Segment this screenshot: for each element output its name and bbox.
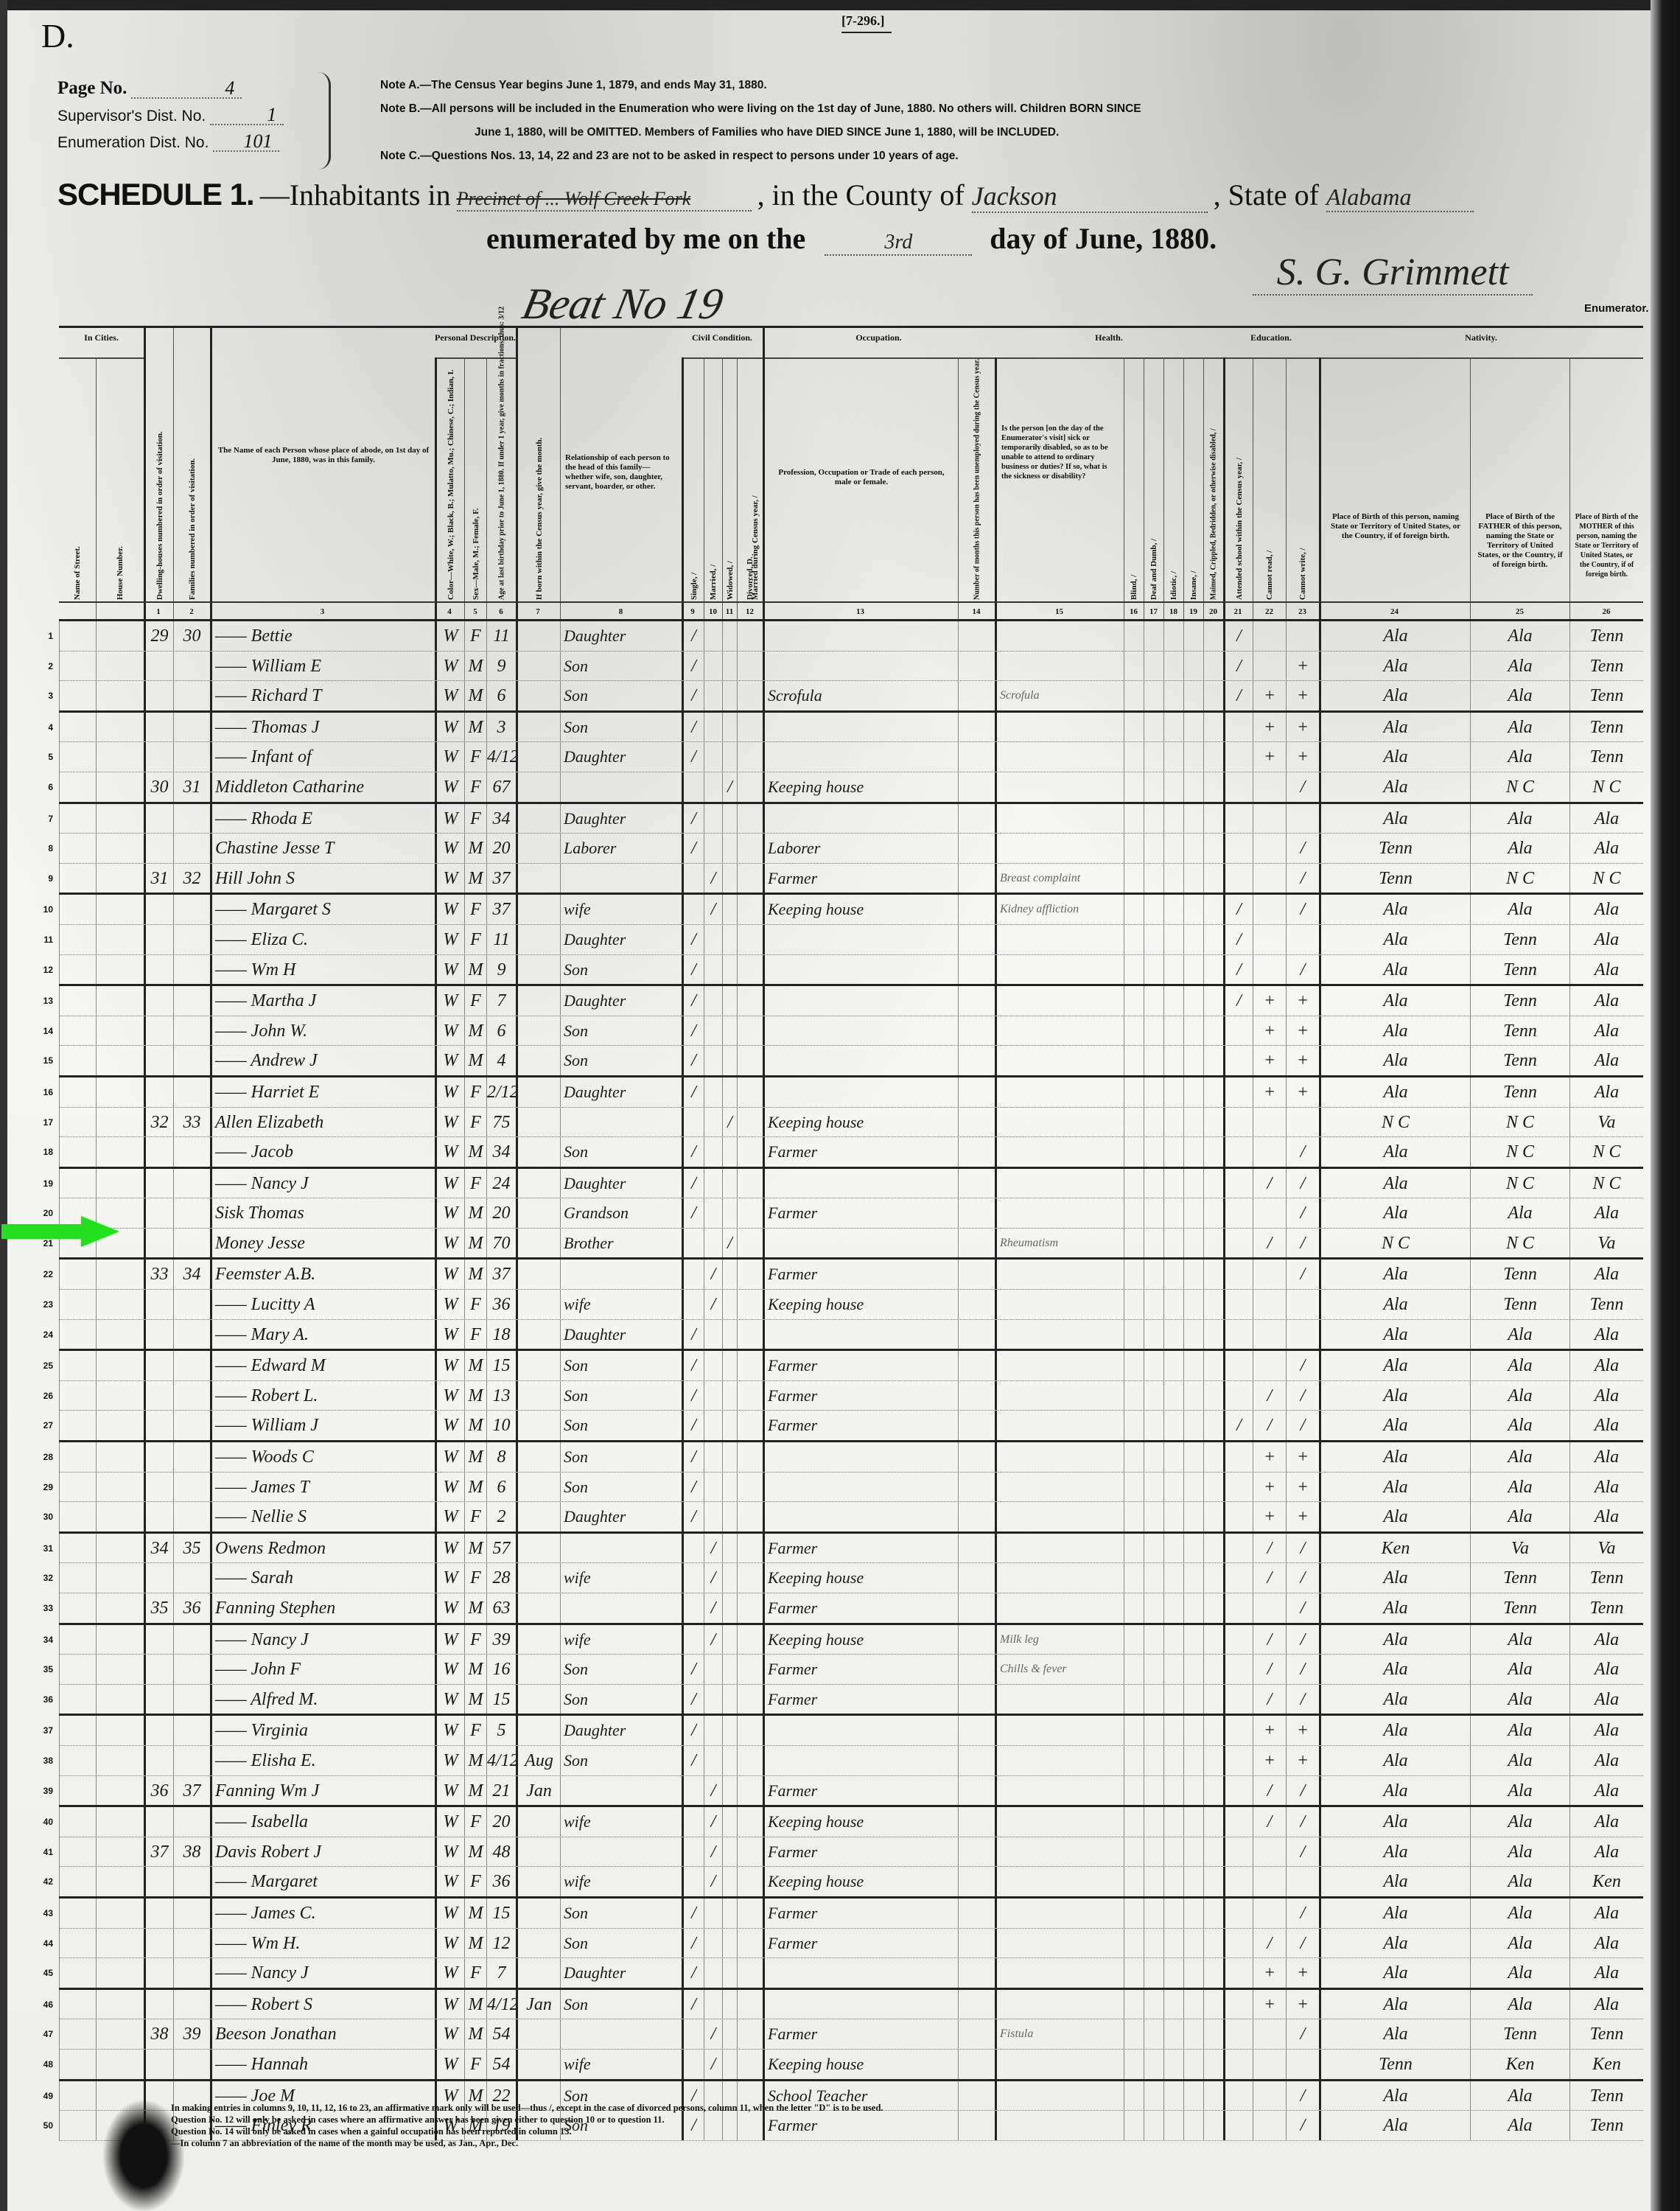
cell-fbp: Ala <box>1470 1807 1569 1837</box>
cell-h19 <box>1183 986 1203 1016</box>
footer-note-2: Question No. 12 will only be asked in ca… <box>171 2114 883 2126</box>
cell-unemp <box>958 1290 995 1319</box>
cell-sick <box>995 1351 1124 1380</box>
cell-write: / <box>1286 1837 1319 1867</box>
table-row: 35—— John FWM16Son/FarmerChills & fever/… <box>59 1655 1643 1685</box>
cell-h16 <box>1124 1837 1144 1867</box>
line-number: 48 <box>31 2050 53 2079</box>
cell-school <box>1223 1290 1253 1319</box>
cell-married <box>704 1137 722 1167</box>
cell-rel: Daughter <box>560 804 682 834</box>
cell-h18 <box>1163 1990 1183 2019</box>
cell-dw <box>144 834 173 863</box>
cell-rel: Son <box>560 1746 682 1775</box>
table-row: 393637Fanning Wm JWM21Jan/Farmer//AlaAla… <box>59 1776 1643 1808</box>
cell-h17 <box>1144 834 1163 863</box>
cell-month <box>516 772 560 802</box>
cell-h16 <box>1124 1046 1144 1075</box>
cell-color: W <box>435 895 464 924</box>
cell-color: W <box>435 1534 464 1563</box>
cell-married: / <box>704 1534 722 1563</box>
cell-married <box>704 1108 722 1137</box>
cell-h17 <box>1144 1442 1163 1472</box>
cell-h16 <box>1124 1381 1144 1411</box>
cell-dw <box>144 1502 173 1531</box>
cell-widowed <box>722 1990 737 2019</box>
cell-unemp <box>958 652 995 681</box>
cell-h17 <box>1144 986 1163 1016</box>
cell-bp: Ala <box>1319 681 1470 710</box>
cell-rel <box>560 1108 682 1137</box>
enumeration-value: 101 <box>213 133 279 152</box>
cell-age: 16 <box>486 1655 516 1684</box>
cell-name: Money Jesse <box>210 1229 435 1258</box>
cell-h19 <box>1183 1016 1203 1046</box>
cell-read: + <box>1253 1746 1286 1775</box>
cell-write: / <box>1286 772 1319 802</box>
place-struck: Precinct of ... Wolf Creek Fork <box>457 188 752 212</box>
cell-house <box>96 621 144 651</box>
cell-read <box>1253 2081 1286 2111</box>
cell-sick <box>995 1442 1124 1472</box>
header-months-unemployed: Number of months this person has been un… <box>958 357 995 619</box>
line-number: 36 <box>31 1685 53 1714</box>
cell-color: W <box>435 1320 464 1349</box>
line-number: 22 <box>31 1260 53 1289</box>
cell-fbp: N C <box>1470 1137 1569 1167</box>
cell-fam <box>173 1563 210 1593</box>
cell-house <box>96 1169 144 1198</box>
cell-write: + <box>1286 1016 1319 1046</box>
cell-fam: 30 <box>173 621 210 651</box>
cell-divorced <box>737 1411 763 1440</box>
cell-rel <box>560 2019 682 2049</box>
cell-age: 15 <box>486 1351 516 1380</box>
cell-write: / <box>1286 1351 1319 1380</box>
cell-widowed <box>722 1198 737 1228</box>
cell-h20 <box>1203 1990 1223 2019</box>
cell-sex: F <box>464 1502 486 1531</box>
cell-school <box>1223 1746 1253 1775</box>
cell-color: W <box>435 1351 464 1380</box>
cell-fbp: Tenn <box>1470 1077 1569 1107</box>
cell-h17 <box>1144 1473 1163 1502</box>
cell-occ: Farmer <box>763 1381 958 1411</box>
cell-age: 2/12 <box>486 1077 516 1107</box>
cell-read: / <box>1253 1807 1286 1837</box>
cell-h16 <box>1124 1563 1144 1593</box>
cell-divorced <box>737 1837 763 1867</box>
cell-married: / <box>704 864 722 893</box>
cell-h18 <box>1163 1198 1183 1228</box>
cell-street <box>59 1990 96 2019</box>
cell-fam: 32 <box>173 864 210 893</box>
cell-single: / <box>682 652 704 681</box>
cell-fbp: Tenn <box>1470 925 1569 954</box>
cell-mbp: Va <box>1569 1108 1643 1137</box>
cell-single: / <box>682 1685 704 1714</box>
table-row: 473839Beeson JonathanWM54/FarmerFistula/… <box>59 2019 1643 2050</box>
cell-h17 <box>1144 1137 1163 1167</box>
cell-bp: Ala <box>1319 713 1470 742</box>
footer-note-4: —In column 7 an abbreviation of the name… <box>171 2137 883 2149</box>
cell-bp: Ala <box>1319 1990 1470 2019</box>
cell-color: W <box>435 1169 464 1198</box>
cell-write: + <box>1286 1746 1319 1775</box>
footer-note-3: Question No. 14 will only be asked in ca… <box>171 2126 883 2137</box>
cell-married: / <box>704 1837 722 1867</box>
cell-single: / <box>682 1077 704 1107</box>
cell-h19 <box>1183 1929 1203 1958</box>
cell-h16 <box>1124 1867 1144 1896</box>
line-number: 17 <box>31 1108 53 1137</box>
cell-divorced <box>737 1593 763 1623</box>
cell-month <box>516 1077 560 1107</box>
cell-h18 <box>1163 1807 1183 1837</box>
cell-name: Beeson Jonathan <box>210 2019 435 2049</box>
cell-school <box>1223 804 1253 834</box>
cell-fam <box>173 1958 210 1988</box>
cell-widowed <box>722 955 737 985</box>
cell-house <box>96 895 144 924</box>
cell-street <box>59 1260 96 1289</box>
cell-rel: Laborer <box>560 834 682 863</box>
cell-h18 <box>1163 2111 1183 2140</box>
cell-unemp <box>958 1108 995 1137</box>
cell-unemp <box>958 1502 995 1531</box>
cell-rel: Son <box>560 1990 682 2019</box>
cell-occ <box>763 1958 958 1988</box>
cell-sick <box>995 1411 1124 1440</box>
cell-color: W <box>435 1137 464 1167</box>
cell-h16 <box>1124 1108 1144 1137</box>
cell-write: / <box>1286 1776 1319 1806</box>
cell-unemp <box>958 1473 995 1502</box>
cell-age: 9 <box>486 955 516 985</box>
cell-h16 <box>1124 1746 1144 1775</box>
cell-rel: wife <box>560 2050 682 2079</box>
cell-color: W <box>435 1746 464 1775</box>
cell-color: W <box>435 681 464 710</box>
cell-age: 10 <box>486 1411 516 1440</box>
cell-h20 <box>1203 1473 1223 1502</box>
cell-unemp <box>958 1685 995 1714</box>
cell-mbp: Tenn <box>1569 652 1643 681</box>
cell-dw <box>144 1746 173 1775</box>
cell-single <box>682 1593 704 1623</box>
table-row: 413738Davis Robert JWM48/Farmer/AlaAlaAl… <box>59 1837 1643 1868</box>
cell-rel <box>560 1534 682 1563</box>
cell-color: W <box>435 1198 464 1228</box>
cell-married <box>704 681 722 710</box>
cell-mbp: Va <box>1569 1229 1643 1258</box>
cell-street <box>59 1502 96 1531</box>
cell-widowed <box>722 2050 737 2079</box>
table-row: 21Money JesseWM70Brother/Rheumatism//N C… <box>59 1229 1643 1260</box>
cell-sex: M <box>464 1016 486 1046</box>
cell-h17 <box>1144 742 1163 772</box>
cell-sex: M <box>464 1381 486 1411</box>
cell-married <box>704 1502 722 1531</box>
cell-married <box>704 1411 722 1440</box>
cell-write: + <box>1286 1442 1319 1472</box>
cell-read <box>1253 955 1286 985</box>
cell-bp: Ala <box>1319 1625 1470 1655</box>
cell-month <box>516 1473 560 1502</box>
cell-fam <box>173 1351 210 1380</box>
cell-married <box>704 1899 722 1928</box>
cell-rel: Daughter <box>560 1077 682 1107</box>
cell-month: Aug <box>516 1746 560 1775</box>
cell-mbp: Ala <box>1569 1260 1643 1289</box>
table-row: 19—— Nancy JWF24Daughter///AlaN CN C <box>59 1169 1643 1199</box>
cell-single <box>682 1776 704 1806</box>
cell-rel: wife <box>560 1563 682 1593</box>
cell-h18 <box>1163 772 1183 802</box>
line-number: 11 <box>31 925 53 954</box>
cell-single <box>682 1108 704 1137</box>
cell-rel: Son <box>560 1929 682 1958</box>
cell-sex: M <box>464 1534 486 1563</box>
table-row: 45—— Nancy JWF7Daughter/++AlaAlaAla <box>59 1958 1643 1990</box>
cell-h18 <box>1163 742 1183 772</box>
cell-dw <box>144 742 173 772</box>
header-color: Color—White, W.; Black, B.; Mulatto, Mu.… <box>435 357 464 619</box>
cell-write: + <box>1286 1990 1319 2019</box>
cell-fam <box>173 1625 210 1655</box>
cell-divorced <box>737 1929 763 1958</box>
cell-mbp: Ala <box>1569 955 1643 985</box>
cell-bp: Ala <box>1319 1685 1470 1714</box>
cell-bp: Ala <box>1319 1260 1470 1289</box>
cell-sick <box>995 1776 1124 1806</box>
cell-sick <box>995 955 1124 985</box>
cell-color: W <box>435 1381 464 1411</box>
cell-age: 5 <box>486 1716 516 1745</box>
cell-divorced <box>737 834 763 863</box>
cell-occ: Farmer <box>763 1198 958 1228</box>
cell-married <box>704 1351 722 1380</box>
cell-h19 <box>1183 2019 1203 2049</box>
cell-house <box>96 955 144 985</box>
cell-school <box>1223 1351 1253 1380</box>
cell-single: / <box>682 1016 704 1046</box>
cell-write: / <box>1286 2019 1319 2049</box>
cell-write: / <box>1286 895 1319 924</box>
cell-married <box>704 1320 722 1349</box>
cell-dw <box>144 1442 173 1472</box>
cell-bp: Ala <box>1319 621 1470 651</box>
cell-age: 20 <box>486 1807 516 1837</box>
cell-rel <box>560 1593 682 1623</box>
cell-age: 20 <box>486 834 516 863</box>
cell-bp: Ala <box>1319 1381 1470 1411</box>
table-row: 7—— Rhoda EWF34Daughter/AlaAlaAla <box>59 804 1643 834</box>
table-header: In Cities. Name of Street. House Number.… <box>59 326 1643 621</box>
cell-divorced <box>737 1198 763 1228</box>
cell-married: / <box>704 2019 722 2049</box>
cell-read <box>1253 2019 1286 2049</box>
cell-school <box>1223 2019 1253 2049</box>
inhabitants-label: —Inhabitants in <box>260 178 451 212</box>
cell-name: —— Lucitty A <box>210 1290 435 1319</box>
table-row: 46—— Robert SWM4/12JanSon/++AlaAlaAla <box>59 1990 1643 2020</box>
cell-name: Sisk Thomas <box>210 1198 435 1228</box>
cell-h20 <box>1203 713 1223 742</box>
cell-single: / <box>682 1473 704 1502</box>
header-deaf: Deaf and Dumb, / <box>1144 357 1163 619</box>
cell-dw <box>144 1290 173 1319</box>
cell-dw <box>144 986 173 1016</box>
cell-fbp: Ala <box>1470 1990 1569 2019</box>
cell-color: W <box>435 1442 464 1472</box>
cell-single <box>682 772 704 802</box>
cell-married <box>704 834 722 863</box>
cell-sick <box>995 1198 1124 1228</box>
cell-fam <box>173 1685 210 1714</box>
cell-h18 <box>1163 1108 1183 1137</box>
cell-divorced <box>737 895 763 924</box>
cell-h19 <box>1183 1046 1203 1075</box>
cell-h16 <box>1124 2050 1144 2079</box>
cell-school <box>1223 1716 1253 1745</box>
header-name: The Name of each Person whose place of a… <box>210 328 435 619</box>
cell-h17 <box>1144 864 1163 893</box>
cell-widowed <box>722 621 737 651</box>
cell-school <box>1223 742 1253 772</box>
cell-read <box>1253 772 1286 802</box>
cell-married <box>704 955 722 985</box>
header-mother-birth: Place of Birth of the MOTHER of this per… <box>1569 357 1643 619</box>
cell-h20 <box>1203 652 1223 681</box>
cell-month <box>516 1502 560 1531</box>
cell-write: + <box>1286 681 1319 710</box>
cell-divorced <box>737 1290 763 1319</box>
cell-widowed <box>722 1473 737 1502</box>
cell-age: 2 <box>486 1502 516 1531</box>
cell-fbp: Ala <box>1470 681 1569 710</box>
cell-h19 <box>1183 2081 1203 2111</box>
cell-unemp <box>958 925 995 954</box>
cell-h18 <box>1163 1381 1183 1411</box>
cell-fbp: Tenn <box>1470 1593 1569 1623</box>
cell-sick <box>995 1685 1124 1714</box>
cell-h17 <box>1144 1655 1163 1684</box>
cell-school <box>1223 1685 1253 1714</box>
cell-widowed <box>722 1807 737 1837</box>
cell-age: 36 <box>486 1867 516 1896</box>
cell-street <box>59 2050 96 2079</box>
line-number: 23 <box>31 1290 53 1319</box>
cell-h17 <box>1144 2111 1163 2140</box>
cell-married <box>704 804 722 834</box>
line-number: 34 <box>31 1625 53 1655</box>
cell-sick <box>995 804 1124 834</box>
cell-month <box>516 1351 560 1380</box>
cell-age: 13 <box>486 1381 516 1411</box>
cell-mbp: Ala <box>1569 1473 1643 1502</box>
table-row: 29—— James TWM6Son/++AlaAlaAla <box>59 1473 1643 1503</box>
cell-occ <box>763 1716 958 1745</box>
cell-married <box>704 1958 722 1988</box>
cell-dw <box>144 1229 173 1258</box>
line-number: 4 <box>31 713 53 742</box>
cell-married: / <box>704 2050 722 2079</box>
cell-fam: 33 <box>173 1108 210 1137</box>
cell-sex: M <box>464 1899 486 1928</box>
cell-divorced <box>737 1108 763 1137</box>
cell-write: + <box>1286 986 1319 1016</box>
cell-month <box>516 1534 560 1563</box>
table-row: 26—— Robert L.WM13Son/Farmer//AlaAlaAla <box>59 1381 1643 1411</box>
cell-h19 <box>1183 864 1203 893</box>
cell-fam <box>173 925 210 954</box>
cell-widowed <box>722 681 737 710</box>
census-page: D. [7-296.] Page No.4 Supervisor's Dist.… <box>0 0 1680 2211</box>
table-row: 93132Hill John SWM37/FarmerBreast compla… <box>59 864 1643 895</box>
in-cities-title: In Cities. <box>59 332 144 343</box>
cell-single: / <box>682 1746 704 1775</box>
cell-h17 <box>1144 1776 1163 1806</box>
cell-read: + <box>1253 1502 1286 1531</box>
cell-street <box>59 1867 96 1896</box>
cell-married <box>704 772 722 802</box>
cell-school <box>1223 1867 1253 1896</box>
cell-h18 <box>1163 1685 1183 1714</box>
cell-sex: M <box>464 1137 486 1167</box>
cell-widowed <box>722 804 737 834</box>
cell-house <box>96 1108 144 1137</box>
cell-h19 <box>1183 1625 1203 1655</box>
county-value: Jackson <box>972 181 1208 213</box>
cell-h16 <box>1124 1320 1144 1349</box>
table-row: 14—— John W.WM6Son/++AlaTennAla <box>59 1016 1643 1047</box>
cell-single: / <box>682 1655 704 1684</box>
cell-h20 <box>1203 834 1223 863</box>
cell-h20 <box>1203 1776 1223 1806</box>
cell-house <box>96 1625 144 1655</box>
cell-color: W <box>435 1563 464 1593</box>
cell-bp: N C <box>1319 1108 1470 1137</box>
cell-bp: Ala <box>1319 1137 1470 1167</box>
cell-age: 70 <box>486 1229 516 1258</box>
cell-street <box>59 804 96 834</box>
cell-sick <box>995 1260 1124 1289</box>
cell-rel: Son <box>560 713 682 742</box>
line-number: 14 <box>31 1016 53 1046</box>
header-age: Age at last birthday prior to June 1, 18… <box>486 357 516 619</box>
cell-h16 <box>1124 1351 1144 1380</box>
cell-age: 28 <box>486 1563 516 1593</box>
cell-married <box>704 1473 722 1502</box>
cell-divorced <box>737 1351 763 1380</box>
cell-unemp <box>958 2081 995 2111</box>
cell-school <box>1223 1958 1253 1988</box>
line-number: 9 <box>31 864 53 893</box>
cell-dw: 38 <box>144 2019 173 2049</box>
cell-street <box>59 1351 96 1380</box>
cell-occ: Laborer <box>763 834 958 863</box>
cell-bp: Ala <box>1319 1958 1470 1988</box>
cell-widowed <box>722 1593 737 1623</box>
cell-month <box>516 1137 560 1167</box>
cell-month: Jan <box>516 1776 560 1806</box>
cell-h20 <box>1203 2111 1223 2140</box>
cell-fam <box>173 1473 210 1502</box>
line-number: 1 <box>31 621 53 651</box>
cell-mbp: Ala <box>1569 1958 1643 1988</box>
cell-h20 <box>1203 1746 1223 1775</box>
